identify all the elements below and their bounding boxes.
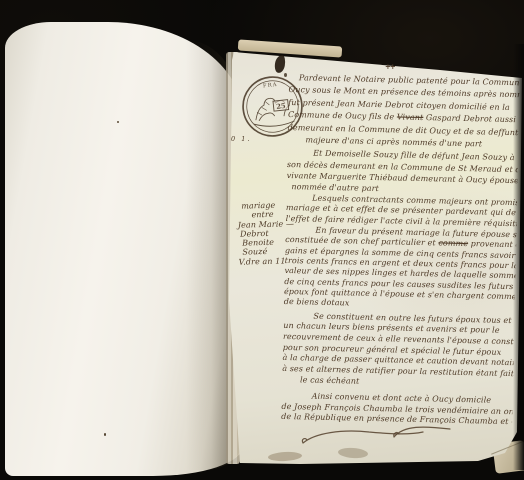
paragraph-bride: Et Demoiselle Souzy fille de défunt Jean…: [286, 147, 518, 197]
stamp-legend: FRA: [263, 82, 278, 89]
ink-speck: [104, 433, 106, 436]
line-text: Gaspard Debrot aussi: [423, 113, 516, 124]
margin-number: 0 1.: [231, 135, 251, 143]
paragraph-dowry: En faveur du présent mariage la future é…: [284, 225, 517, 313]
right-edge-shadow: [513, 44, 524, 470]
ink-flourish: [390, 419, 456, 443]
ink-blot: [284, 73, 287, 77]
paragraph-promise: Lesquels contractants comme majeurs ont …: [286, 193, 518, 230]
paragraph-constitution: Se constituent en outre les futurs époux…: [282, 310, 515, 390]
photo-background: FRA 25 0 1. ++ mariage entre Jean Marie …: [0, 0, 524, 480]
insertion-mark: ++: [385, 62, 395, 71]
line-text: Commune de Oucy fils de: [288, 110, 397, 121]
struck-word: Vivant: [397, 113, 424, 123]
manuscript-text: Pardevant le Notaire public patenté pour…: [281, 72, 520, 433]
ink-speck: [117, 121, 119, 123]
struck-word: comme: [438, 239, 468, 249]
stamp-denomination: 25: [276, 102, 286, 111]
paragraph-opening: Pardevant le Notaire public patenté pour…: [287, 72, 520, 152]
